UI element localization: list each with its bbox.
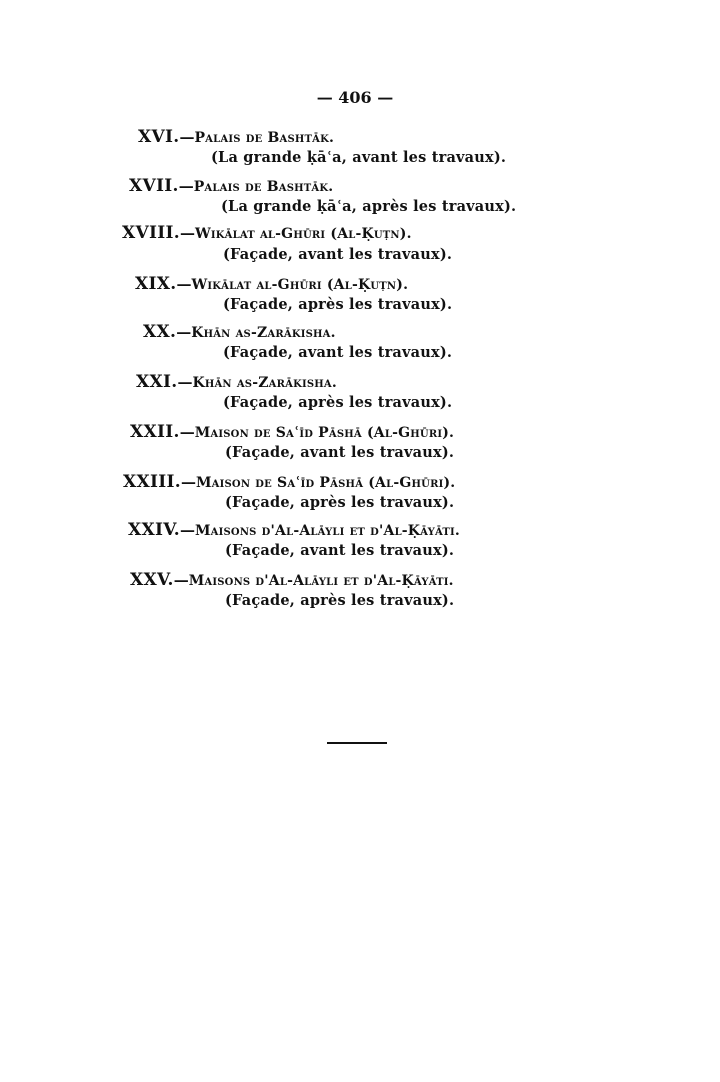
- entry-numeral: XXI.: [136, 372, 177, 392]
- entry-caption: (La grande ḳāʿa, après les travaux).: [221, 198, 516, 215]
- entry-title: Palais de Bashtāk.: [194, 179, 334, 195]
- page-number-text: — 406 —: [317, 88, 394, 107]
- entry-caption: (Façade, avant les travaux).: [225, 444, 454, 461]
- entry-title: Khān as-Zarākisha.: [191, 325, 336, 341]
- entry-numeral: XVI.: [138, 127, 179, 147]
- entry-numeral: XXII.: [130, 422, 180, 442]
- entry-numeral: XVII.: [129, 176, 179, 196]
- closing-rule: [327, 742, 387, 744]
- entry-title: Palais de Bashtāk.: [194, 130, 334, 146]
- entry-caption: (La grande ḳāʿa, avant les travaux).: [211, 149, 506, 166]
- entry-caption: (Façade, avant les travaux).: [223, 246, 452, 263]
- entry-numeral: XXIII.: [123, 472, 181, 492]
- entry-title: Maison de Saʿīd Pāshā (Al-Ghūri).: [195, 425, 454, 441]
- entry-numeral: XXIV.: [128, 520, 180, 540]
- entry-title: Maisons d'Al-Alāyli et d'Al-Ḳāyāti.: [195, 523, 460, 539]
- entry-caption: (Façade, avant les travaux).: [225, 542, 454, 559]
- page-number: — 406 —: [0, 88, 720, 107]
- entry-numeral: XIX.: [135, 274, 176, 294]
- entry-caption: (Façade, après les travaux).: [225, 494, 454, 511]
- entry-title: Maison de Saʿīd Pāshā (Al-Ghūri).: [196, 475, 455, 491]
- entry-caption: (Façade, après les travaux).: [225, 592, 454, 609]
- entry-title: Maisons d'Al-Alāyli et d'Al-Ḳāyāti.: [189, 573, 454, 589]
- entry-title: Wikālat al-Ghūri (Al-Ḳuṭn).: [195, 226, 412, 242]
- entry-title: Wikālat al-Ghūri (Al-Ḳuṭn).: [191, 277, 408, 293]
- entry-caption: (Façade, après les travaux).: [223, 296, 452, 313]
- entry-numeral: XXV.: [130, 570, 174, 590]
- entry-caption: (Façade, après les travaux).: [223, 394, 452, 411]
- entry-numeral: XVIII.: [122, 223, 180, 243]
- entry-title: Khān as-Zarākisha.: [192, 375, 337, 391]
- entry-numeral: XX.: [143, 322, 176, 342]
- entry-caption: (Façade, avant les travaux).: [223, 344, 452, 361]
